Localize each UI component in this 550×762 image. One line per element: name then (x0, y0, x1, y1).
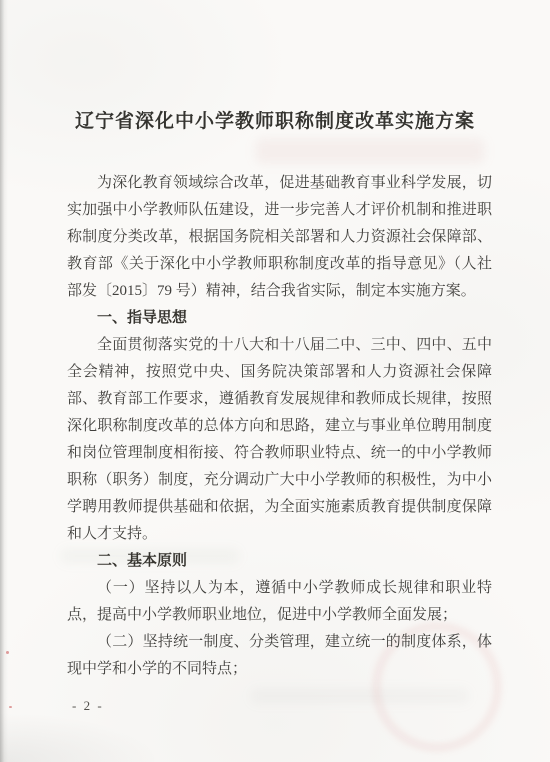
red-ink-speck (9, 706, 12, 708)
scanned-document-page: 辽宁省深化中小学教师职称制度改革实施方案 为深化教育领域综合改革，促进基础教育事… (0, 0, 550, 762)
ink-bleedthrough-top (255, 138, 485, 164)
scan-edge-artifact (0, 0, 8, 762)
page-number: - 2 - (72, 698, 104, 714)
document-title: 辽宁省深化中小学教师职称制度改革实施方案 (40, 106, 510, 133)
ink-bleedthrough-bottom (250, 688, 470, 704)
paragraph-guiding-ideology: 全面贯彻落实党的十八大和十八届二中、三中、四中、五中全会精神，按照党中央、国务院… (67, 332, 492, 548)
paragraph-principle-2: （二）坚持统一制度、分类管理，建立统一的制度体系，体现中学和小学的不同特点； (67, 629, 492, 683)
section-heading-guiding-ideology: 一、指导思想 (67, 305, 492, 332)
paragraph-principle-1: （一）坚持以人为本，遵循中小学教师成长规律和职业特点，提高中小学教师职业地位，促… (67, 575, 492, 629)
paragraph-preamble: 为深化教育领域综合改革，促进基础教育事业科学发展，切实加强中小学教师队伍建设，进… (67, 170, 492, 305)
section-heading-basic-principles: 二、基本原则 (67, 548, 492, 575)
document-body: 为深化教育领域综合改革，促进基础教育事业科学发展，切实加强中小学教师队伍建设，进… (67, 170, 492, 683)
red-ink-speck (6, 651, 9, 654)
scan-corner-shadow (0, 712, 160, 762)
